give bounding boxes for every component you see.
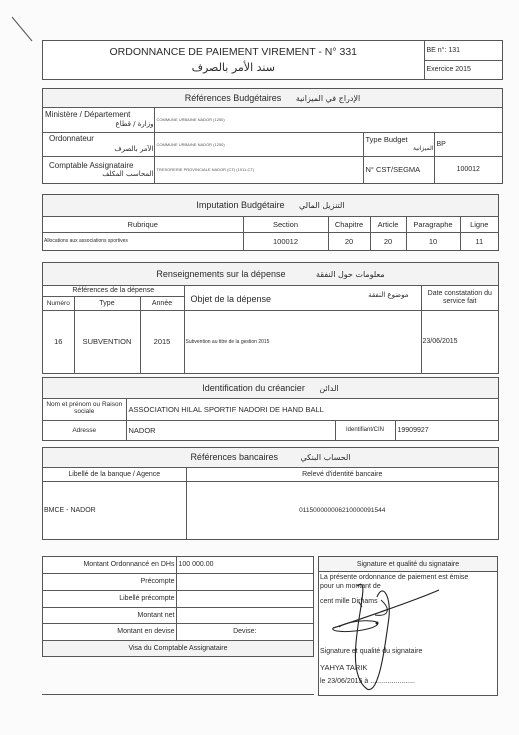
visa-area (42, 657, 314, 695)
montant-label: Montant Ordonnancé en DHs (43, 557, 176, 573)
comptable-label: Comptable Assignataire (43, 162, 154, 170)
montant-net-label: Montant net (43, 607, 176, 623)
date-value: 23/06/2015 (421, 310, 498, 373)
chapitre-value: 20 (328, 232, 370, 250)
section-title: Références Budgétaires (185, 93, 282, 103)
section-title: Imputation Budgétaire (196, 200, 284, 210)
ordonnateur-label: Ordonnateur (43, 135, 154, 143)
section-title-ar: معلومات حول النفقة (316, 270, 385, 279)
document-title-ar: سند الأمر بالصرف (43, 61, 424, 74)
section-title-ar: الدائن (319, 384, 338, 393)
ministere-value: COMMUNE URBAINE NADOR (1250) (154, 107, 502, 132)
visa-label: Visa du Comptable Assignataire (43, 640, 313, 656)
devise-label: Devise: (176, 623, 313, 640)
comptable-label-ar: المحاسب المكلف (43, 171, 154, 178)
col-chapitre: Chapitre (328, 216, 370, 232)
section-title-ar: الإدراج في الميزانية (296, 94, 360, 103)
cin-value: 19909927 (395, 420, 498, 440)
objet-label-ar: موضوع النفقة (368, 291, 408, 299)
cst-value: 100012 (434, 156, 502, 183)
libelle-precompte-label: Libellé précompte (43, 590, 176, 607)
col-numero: Numéro (43, 296, 74, 310)
references-bancaires: Références bancaires الحساب البنكي Libel… (42, 447, 499, 540)
section-title-ar: الحساب البنكي (301, 453, 351, 462)
date-constatation-label: Date constatation du service fait (428, 290, 492, 305)
col-annee: Année (140, 296, 184, 310)
col-ligne: Ligne (460, 216, 498, 232)
identification-creancier: Identification du créancier الدائن Nom e… (42, 377, 499, 441)
exercice: Exercice 2015 (424, 60, 502, 79)
section-title: Renseignements sur la dépense (156, 269, 285, 279)
section-title: Identification du créancier (202, 383, 305, 393)
rib-label: Relevé d'identité bancaire (186, 467, 498, 481)
rubrique-value: Allocations aux associations sportives (43, 232, 243, 250)
comptable-value: TRESORERIE PROVINCIALE NADOR (CT) (1011-… (154, 156, 363, 183)
ordonnateur-value: COMMUNE URBAINE NADOR (1250) (154, 132, 363, 156)
montants-block: Montant Ordonnancé en DHs 100 000.00 Pré… (42, 556, 314, 657)
libelle-precompte-value (176, 590, 313, 607)
corner-mark (10, 15, 35, 45)
montant-devise-label: Montant en devise (43, 623, 176, 640)
montant-value: 100 000.00 (176, 557, 313, 573)
references-budgetaires: Références Budgétaires الإدراج في الميزا… (42, 88, 503, 184)
section-title-ar: التنزيل المالي (299, 201, 345, 210)
banque-label: Libellé de la banque / Agence (43, 467, 186, 481)
type-budget-label-ar: الميزانية (364, 146, 434, 152)
section-value: 100012 (243, 232, 328, 250)
ministere-label-ar: وزارة / قطاع (43, 121, 154, 128)
signature-block: Signature et qualité du signataire La pr… (318, 556, 498, 696)
col-type: Type (74, 296, 140, 310)
type-budget-value: BP (434, 132, 502, 156)
adresse-label: Adresse (43, 420, 126, 440)
banque-value: BMCE - NADOR (43, 481, 186, 539)
article-value: 20 (370, 232, 406, 250)
handwritten-signature (319, 557, 499, 697)
refs-depense-label: Références de la dépense (43, 285, 184, 296)
section-title: Références bancaires (190, 452, 278, 462)
cst-label: N° CST/SEGMA (363, 156, 434, 183)
col-section: Section (243, 216, 328, 232)
col-rubrique: Rubrique (43, 216, 243, 232)
ligne-value: 11 (460, 232, 498, 250)
document-title: ORDONNANCE DE PAIEMENT VIREMENT - N° 331 (43, 46, 424, 58)
type-budget-label: Type Budget (364, 136, 434, 144)
precompte-value (176, 573, 313, 590)
ministere-label: Ministère / Département (43, 111, 154, 119)
montant-net-value (176, 607, 313, 623)
be-number: BE n°: 131 (424, 41, 502, 60)
objet-value: Subvention au titre de la gestion 2015 (184, 310, 421, 373)
cin-label: Identifiant/CIN (335, 420, 395, 440)
objet-label: Objet de la dépense (191, 294, 272, 304)
col-article: Article (370, 216, 406, 232)
nom-label: Nom et prénom ou Raison sociale (46, 401, 122, 415)
paragraphe-value: 10 (406, 232, 460, 250)
rib-value: 011500000006210000091544 (186, 481, 498, 539)
renseignements-depense: Renseignements sur la dépense معلومات حو… (42, 262, 499, 374)
annee-value: 2015 (140, 310, 184, 373)
nom-value: ASSOCIATION HILAL SPORTIF NADORI DE HAND… (126, 398, 498, 420)
numero-value: 16 (43, 310, 74, 373)
document-header: ORDONNANCE DE PAIEMENT VIREMENT - N° 331… (42, 40, 503, 80)
type-value: SUBVENTION (74, 310, 140, 373)
ordonnateur-label-ar: الآمر بالصرف (43, 146, 154, 153)
col-paragraphe: Paragraphe (406, 216, 460, 232)
adresse-value: NADOR (126, 420, 335, 440)
imputation-budgetaire: Imputation Budgétaire التنزيل المالي Rub… (42, 194, 499, 251)
precompte-label: Précompte (43, 573, 176, 590)
